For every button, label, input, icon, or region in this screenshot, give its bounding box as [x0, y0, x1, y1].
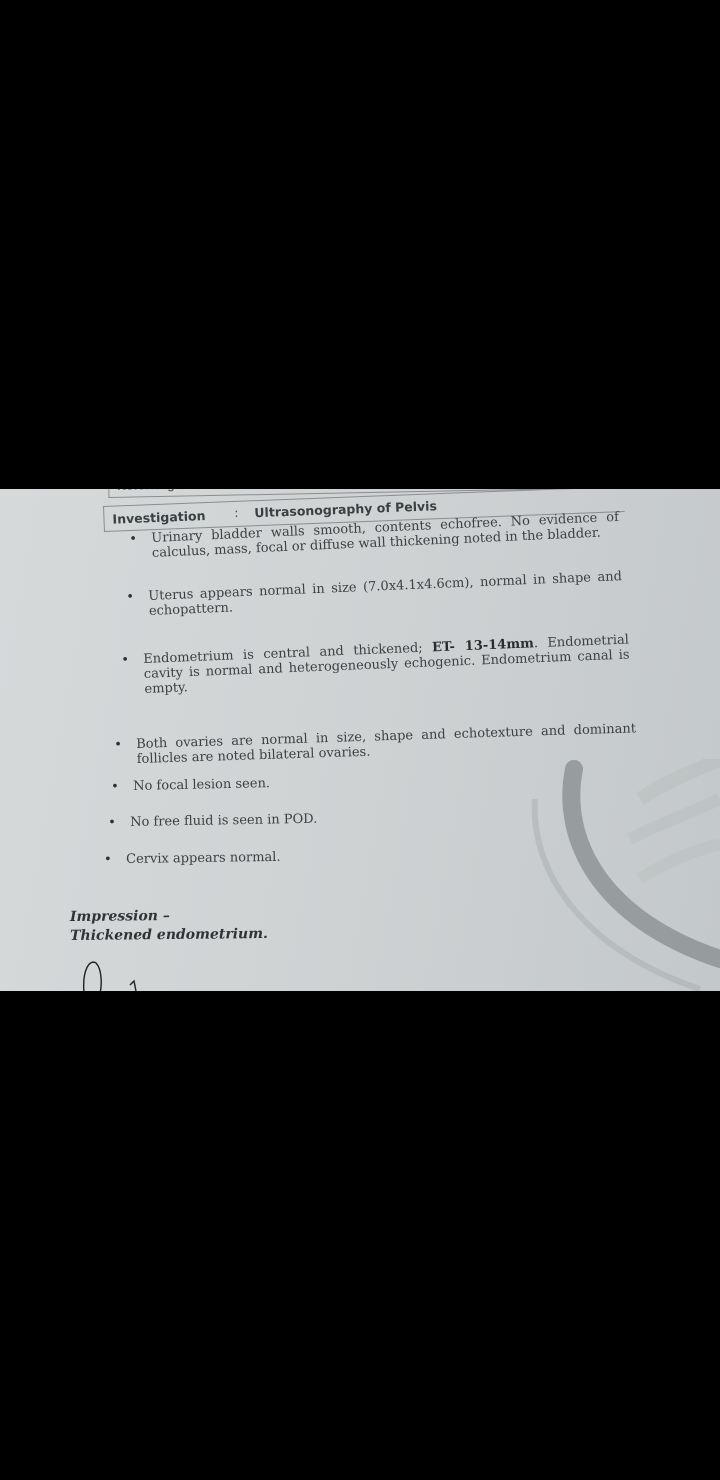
impression-value: Thickened endometrium. — [70, 925, 268, 946]
logo-watermark-icon — [520, 759, 720, 991]
bullet-icon: • — [126, 590, 134, 605]
bullet-icon: • — [111, 779, 119, 794]
investigation-label: Investigation — [112, 508, 206, 527]
finding-endometrium: • Endometrium is central and thickened; … — [143, 632, 630, 696]
finding-text: Cervix appears normal. — [126, 848, 426, 867]
finding-uterus: • Uterus appears normal in size (7.0x4.1… — [148, 569, 623, 619]
bullet-icon: • — [108, 815, 116, 830]
finding-text: Endometrium is central and thickened; ET… — [143, 632, 630, 696]
bullet-icon: • — [129, 532, 137, 547]
bullet-icon: • — [121, 653, 129, 668]
report-page: Referring Investigation : Ultrasonograph… — [0, 489, 720, 991]
document-photo: Referring Investigation : Ultrasonograph… — [0, 489, 720, 991]
impression-section: Impression – Thickened endometrium. — [70, 906, 268, 946]
finding-free-fluid: • No free fluid is seen in POD. — [130, 810, 430, 830]
finding-cervix: • Cervix appears normal. — [126, 848, 426, 867]
finding-text: Uterus appears normal in size (7.0x4.1x4… — [148, 569, 623, 619]
referring-label: Referring — [117, 489, 175, 493]
signature-icon — [78, 959, 148, 991]
investigation-value: Ultrasonography of Pelvis — [254, 498, 437, 520]
impression-heading: Impression – — [70, 906, 268, 927]
finding-focal-lesion: • No focal lesion seen. — [133, 773, 433, 794]
finding-text: No focal lesion seen. — [133, 773, 433, 794]
bullet-icon: • — [114, 737, 122, 752]
investigation-separator: : — [234, 506, 239, 520]
finding-text: No free fluid is seen in POD. — [130, 810, 430, 830]
bullet-icon: • — [104, 852, 112, 867]
